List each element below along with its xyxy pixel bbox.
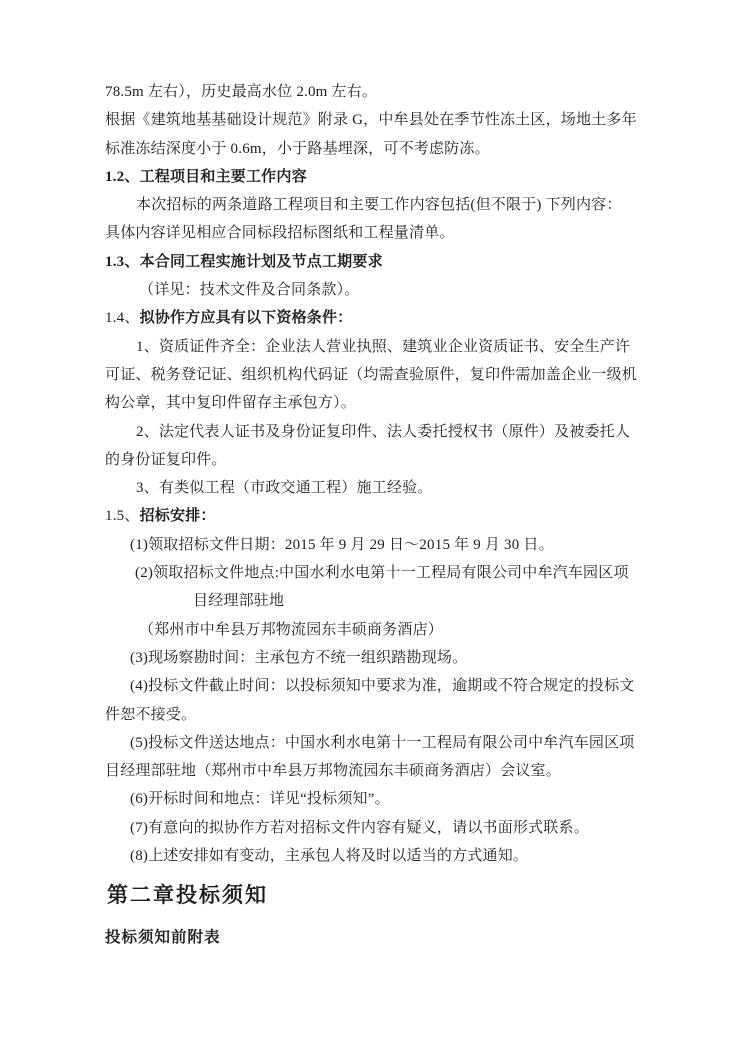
text-line: 本次招标的两条道路工程项目和主要工作内容包括(但不限于) 下列内容： <box>105 191 644 219</box>
text-segment: （郑州市中牟县万邦物流园东丰硕商务酒店） <box>139 622 443 638</box>
document-body: 78.5m 左右），历史最高水位 2.0m 左右。根据《建筑地基基础设计规范》附… <box>105 78 644 952</box>
text-line: 标准冻结深度小于 0.6m，小于路基埋深，可不考虑防冻。 <box>105 135 644 163</box>
text-segment: 可证、税务登记证、组织机构代码证（均需查验原件，复印件需加盖企业一级机 <box>105 367 637 383</box>
text-line: 件恕不接受。 <box>105 701 644 729</box>
text-segment: (5)投标文件送达地点：中国水利水电第十一工程局有限公司中牟汽车园区项 <box>130 735 635 751</box>
text-segment: 1.3、 <box>105 254 140 270</box>
text-segment: (2)领取招标文件地点:中国水利水电第十一工程局有限公司中牟汽车园区项 <box>135 565 629 581</box>
text-segment: (3)现场察勘时间：主承包方不统一组织踏勘现场。 <box>130 650 467 666</box>
text-segment: 根据《建筑地基基础设计规范》附录 G，中牟县处在季节性冻土区，场地土多年 <box>105 112 637 128</box>
text-segment: 78.5m 左右），历史最高水位 2.0m 左右。 <box>105 84 377 100</box>
text-segment: (8)上述安排如有变动，主承包人将及时以适当的方式通知。 <box>130 848 528 864</box>
text-line: 的身份证复印件。 <box>105 446 644 474</box>
text-segment: (7)有意向的拟协作方若对招标文件内容有疑义，请以书面形式联系。 <box>130 820 589 836</box>
chapter-heading: 第二章投标须知 <box>105 875 644 915</box>
text-line: (3)现场察勘时间：主承包方不统一组织踏勘现场。 <box>105 644 644 672</box>
section-heading: 1.3、本合同工程实施计划及节点工期要求 <box>105 248 644 276</box>
text-segment: 1、资质证件齐全：企业法人营业执照、建筑业企业资质证书、安全生产许 <box>136 339 630 355</box>
text-segment: 目经理部驻地 <box>193 593 284 609</box>
text-line: （详见：技术文件及合同条款）。 <box>105 276 644 304</box>
text-line: （郑州市中牟县万邦物流园东丰硕商务酒店） <box>105 616 644 644</box>
section-heading: 1.4、拟协作方应具有以下资格条件： <box>105 304 644 332</box>
text-line: 根据《建筑地基基础设计规范》附录 G，中牟县处在季节性冻土区，场地土多年 <box>105 106 644 134</box>
section-subtitle: 投标须知前附表 <box>105 924 644 952</box>
text-segment: (6)开标时间和地点：详见“投标须知”。 <box>130 791 390 807</box>
text-line: 2、法定代表人证书及身份证复印件、法人委托授权书（原件）及被委托人 <box>105 418 644 446</box>
text-segment: (1)领取招标文件日期：2015 年 9 月 29 日～2015 年 9 月 3… <box>130 537 554 553</box>
text-segment: （详见：技术文件及合同条款）。 <box>139 282 360 298</box>
text-line: (7)有意向的拟协作方若对招标文件内容有疑义，请以书面形式联系。 <box>105 814 644 842</box>
text-segment: 1.2、 <box>105 169 140 185</box>
text-line: (6)开标时间和地点：详见“投标须知”。 <box>105 785 644 813</box>
text-segment: 1.4、 <box>105 310 140 326</box>
text-line: (4)投标文件截止时间：以投标须知中要求为准，逾期或不符合规定的投标文 <box>105 672 644 700</box>
text-line: (5)投标文件送达地点：中国水利水电第十一工程局有限公司中牟汽车园区项 <box>105 729 644 757</box>
text-line: 3、有类似工程（市政交通工程）施工经验。 <box>105 474 644 502</box>
document-page: 78.5m 左右），历史最高水位 2.0m 左右。根据《建筑地基基础设计规范》附… <box>0 0 744 1052</box>
text-line: (1)领取招标文件日期：2015 年 9 月 29 日～2015 年 9 月 3… <box>105 531 644 559</box>
text-segment: 1.5、 <box>105 508 140 524</box>
text-segment: 工程项目和主要工作内容 <box>140 169 307 185</box>
text-segment: 具体内容详见相应合同标段招标图纸和工程量清单。 <box>105 225 455 241</box>
text-segment: 构公章，其中复印件留存主承包方）。 <box>105 395 356 411</box>
text-line: 具体内容详见相应合同标段招标图纸和工程量清单。 <box>105 219 644 247</box>
text-segment: 投标须知前附表 <box>105 929 221 946</box>
text-line: 78.5m 左右），历史最高水位 2.0m 左右。 <box>105 78 644 106</box>
text-segment: 本次招标的两条道路工程项目和主要工作内容包括(但不限于) 下列内容： <box>136 197 622 213</box>
section-heading: 1.5、招标安排： <box>105 502 644 530</box>
text-line: 构公章，其中复印件留存主承包方）。 <box>105 389 644 417</box>
text-segment: (4)投标文件截止时间：以投标须知中要求为准，逾期或不符合规定的投标文 <box>130 678 635 694</box>
text-segment: 招标安排： <box>140 508 216 524</box>
text-line: 目经理部驻地 <box>105 587 644 615</box>
text-segment: 2、法定代表人证书及身份证复印件、法人委托授权书（原件）及被委托人 <box>136 424 630 440</box>
text-line: 目经理部驻地（郑州市中牟县万邦物流园东丰硕商务酒店）会议室。 <box>105 757 644 785</box>
text-segment: 3、有类似工程（市政交通工程）施工经验。 <box>136 480 433 496</box>
text-segment: 拟协作方应具有以下资格条件： <box>140 310 353 326</box>
text-segment: 本合同工程实施计划及节点工期要求 <box>140 254 383 270</box>
text-line: (2)领取招标文件地点:中国水利水电第十一工程局有限公司中牟汽车园区项 <box>105 559 644 587</box>
text-segment: 标准冻结深度小于 0.6m，小于路基埋深，可不考虑防冻。 <box>105 141 490 157</box>
text-segment: 第二章投标须知 <box>107 883 268 907</box>
text-line: 可证、税务登记证、组织机构代码证（均需查验原件，复印件需加盖企业一级机 <box>105 361 644 389</box>
text-line: 1、资质证件齐全：企业法人营业执照、建筑业企业资质证书、安全生产许 <box>105 333 644 361</box>
text-line: (8)上述安排如有变动，主承包人将及时以适当的方式通知。 <box>105 842 644 870</box>
section-heading: 1.2、工程项目和主要工作内容 <box>105 163 644 191</box>
text-segment: 目经理部驻地（郑州市中牟县万邦物流园东丰硕商务酒店）会议室。 <box>105 763 561 779</box>
text-segment: 的身份证复印件。 <box>105 452 227 468</box>
text-segment: 件恕不接受。 <box>105 707 196 723</box>
